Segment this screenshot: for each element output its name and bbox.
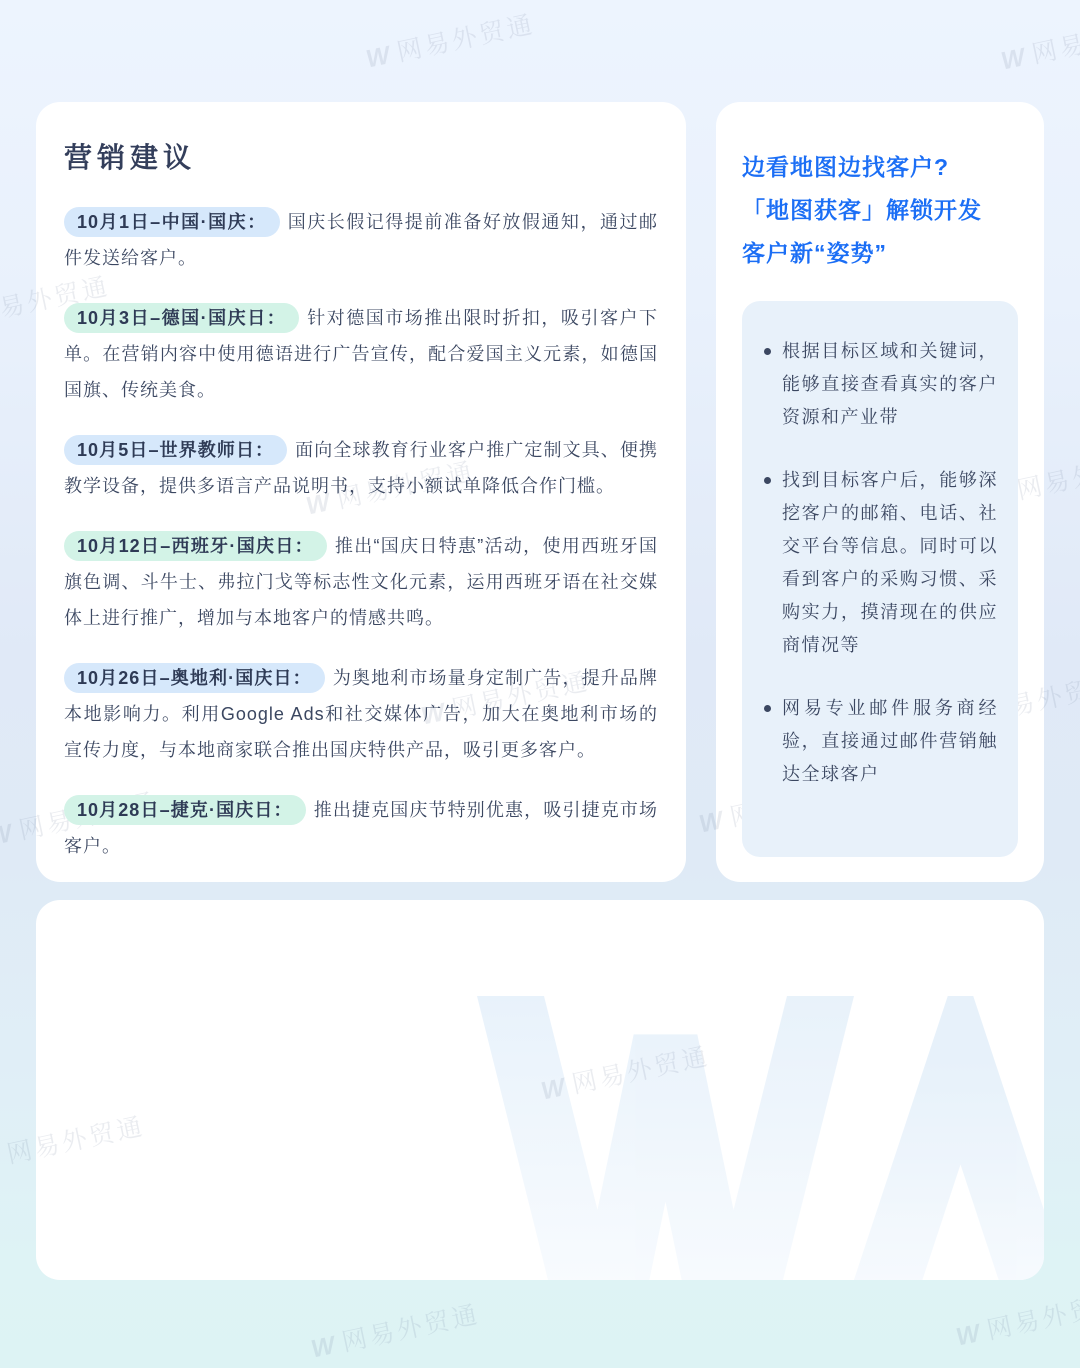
promo-feature-panel: 根据目标区域和关键词，能够直接查看真实的客户资源和产业带 找到目标客户后，能够深… (742, 301, 1018, 857)
suggestion-entry: 10月26日–奥地利·国庆日：为奥地利市场量身定制广告，提升品牌本地影响力。利用… (64, 660, 658, 768)
watermark-text: 网易外贸通 (984, 1288, 1080, 1344)
watermark-text: 网易外贸通 (1029, 12, 1080, 68)
watermark-text: 网易外贸通 (394, 10, 537, 66)
marketing-suggestions-card: 营销建议 10月1日–中国·国庆：国庆长假记得提前准备好放假通知，通过邮件发送给… (36, 102, 686, 882)
promo-title-line: 边看地图边找客户? (742, 146, 1018, 189)
map-promo-card: 边看地图边找客户? 「地图获客」解锁开发 客户新“姿势” 根据目标区域和关键词，… (716, 102, 1044, 882)
brand-w-mark: W (999, 43, 1028, 75)
date-highlight: 10月3日–德国·国庆日： (64, 303, 299, 333)
suggestion-entry: 10月5日–世界教师日：面向全球教育行业客户推广定制文具、便携教学设备，提供多语… (64, 432, 658, 504)
promo-feature-item: 根据目标区域和关键词，能够直接查看真实的客户资源和产业带 (762, 335, 998, 434)
newsletter-page: 营销建议 10月1日–中国·国庆：国庆长假记得提前准备好放假通知，通过邮件发送给… (0, 0, 1080, 1368)
promo-feature-item: 网易专业邮件服务商经验，直接通过邮件营销触达全球客户 (762, 692, 998, 791)
watermark-item: W网易外贸通 (362, 5, 537, 76)
promo-title-line: 客户新“姿势” (742, 232, 1018, 275)
promo-feature-item: 找到目标客户后，能够深挖客户的邮箱、电话、社交平台等信息。同时可以看到客户的采购… (762, 464, 998, 662)
brand-w-mark: W (0, 1143, 2, 1175)
date-highlight: 10月1日–中国·国庆： (64, 207, 280, 237)
date-highlight: 10月28日–捷克·国庆日： (64, 795, 306, 825)
promo-title-line: 「地图获客」解锁开发 (742, 189, 1018, 232)
watermark-item: W网易外贸通 (307, 1295, 482, 1366)
brand-w-mark: W (954, 1319, 983, 1351)
brand-w-logo (468, 996, 1044, 1280)
watermark-item: W网易外贸通 (952, 1283, 1080, 1354)
brand-w-mark: W (0, 819, 14, 851)
page-title: 营销建议 (64, 136, 658, 176)
date-highlight: 10月26日–奥地利·国庆日： (64, 663, 325, 693)
brand-w-mark: W (309, 1331, 338, 1363)
brand-w-mark: W (364, 41, 393, 73)
promo-feature-list: 根据目标区域和关键词，能够直接查看真实的客户资源和产业带 找到目标客户后，能够深… (762, 335, 998, 791)
date-highlight: 10月5日–世界教师日： (64, 435, 287, 465)
suggestion-entry: 10月28日–捷克·国庆日：推出捷克国庆节特别优惠，吸引捷克市场客户。 (64, 792, 658, 864)
suggestion-entry: 10月12日–西班牙·国庆日：推出“国庆日特惠”活动，使用西班牙国旗色调、斗牛士… (64, 528, 658, 636)
watermark-text: 网易外贸通 (339, 1300, 482, 1356)
suggestion-entry: 10月1日–中国·国庆：国庆长假记得提前准备好放假通知，通过邮件发送给客户。 (64, 204, 658, 276)
suggestion-entry: 10月3日–德国·国庆日：针对德国市场推出限时折扣，吸引客户下单。在营销内容中使… (64, 300, 658, 408)
date-highlight: 10月12日–西班牙·国庆日： (64, 531, 327, 561)
bottom-blank-card (36, 900, 1044, 1280)
watermark-item: W网易外贸通 (997, 7, 1080, 78)
promo-title: 边看地图边找客户? 「地图获客」解锁开发 客户新“姿势” (742, 146, 1018, 275)
